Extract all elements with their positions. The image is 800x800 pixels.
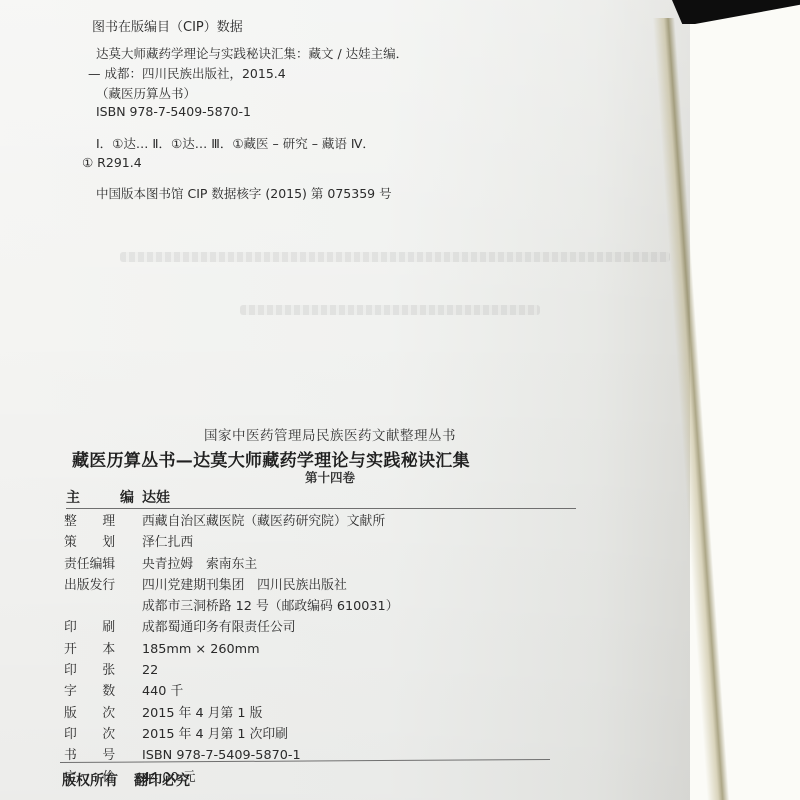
colophon-row-isbn: 书 号ISBN 978-7-5409-5870-1 xyxy=(64,745,399,766)
chief-editor-label-b: 编 xyxy=(120,487,142,507)
divider-top xyxy=(66,508,576,509)
colophon-row-edition: 版 次2015 年 4 月第 1 版 xyxy=(64,703,399,724)
colophon-row-planner: 策 划泽仁扎西 xyxy=(64,532,399,553)
chief-editor-name: 达娃 xyxy=(142,490,170,506)
cip-record-number-line: 中国版本图书馆 CIP 数据核字 (2015) 第 075359 号 xyxy=(96,184,392,202)
colophon-row-printing: 印 次2015 年 4 月第 1 次印刷 xyxy=(64,724,399,745)
colophon-row-compiler: 整 理西藏自治区藏医院（藏医药研究院）文献所 xyxy=(64,511,399,532)
colophon-row-printer: 印 刷成都蜀通印务有限责任公司 xyxy=(64,617,399,638)
copyright-reserved: 版权所有 xyxy=(62,773,118,789)
cip-isbn-line: ISBN 978-7-5409-5870-1 xyxy=(96,104,251,119)
colophon-row-sheets: 印 张22 xyxy=(64,660,399,681)
cip-class-number-line: ① R291.4 xyxy=(82,155,142,170)
colophon-row-responsible-editor: 责任编辑央青拉姆 索南东主 xyxy=(64,554,399,575)
cip-title-line: 达莫大师藏药学理论与实践秘诀汇集：藏文 / 达娃主编． xyxy=(96,44,408,62)
colophon-row-publisher: 出版发行四川党建期刊集团 四川民族出版社 xyxy=(64,575,399,596)
volume-number: 第十四卷 xyxy=(0,468,660,486)
bleed-through-tibetan-line xyxy=(240,305,540,315)
colophon: 整 理西藏自治区藏医院（藏医药研究院）文献所 策 划泽仁扎西 责任编辑央青拉姆 … xyxy=(64,511,399,788)
bleed-through-tibetan-line xyxy=(120,252,670,262)
cip-publisher-line: — 成都：四川民族出版社，2015.4 xyxy=(88,64,286,82)
colophon-row-word-count: 字 数440 千 xyxy=(64,681,399,702)
colophon-row-format: 开 本185mm × 260mm xyxy=(64,639,399,660)
chief-editor-label-a: 主 xyxy=(66,487,120,507)
colophon-row-address: 成都市三洞桥路 12 号（邮政编码 610031） xyxy=(64,596,399,617)
chief-editor-row: 主编达娃 xyxy=(66,487,170,507)
copyright-notice: 版权所有翻印必究 xyxy=(62,770,190,790)
series-title: 国家中医药管理局民族医药文献整理丛书 xyxy=(0,424,660,444)
cip-classification-line: Ⅰ．①达… Ⅱ．①达… Ⅲ．①藏医 – 研究 – 藏语 Ⅳ． xyxy=(96,134,375,152)
cip-heading: 图书在版编目（CIP）数据 xyxy=(92,16,243,35)
copyright-piracy-warning: 翻印必究 xyxy=(134,773,190,789)
cip-series-line: （藏医历算丛书） xyxy=(96,84,196,102)
